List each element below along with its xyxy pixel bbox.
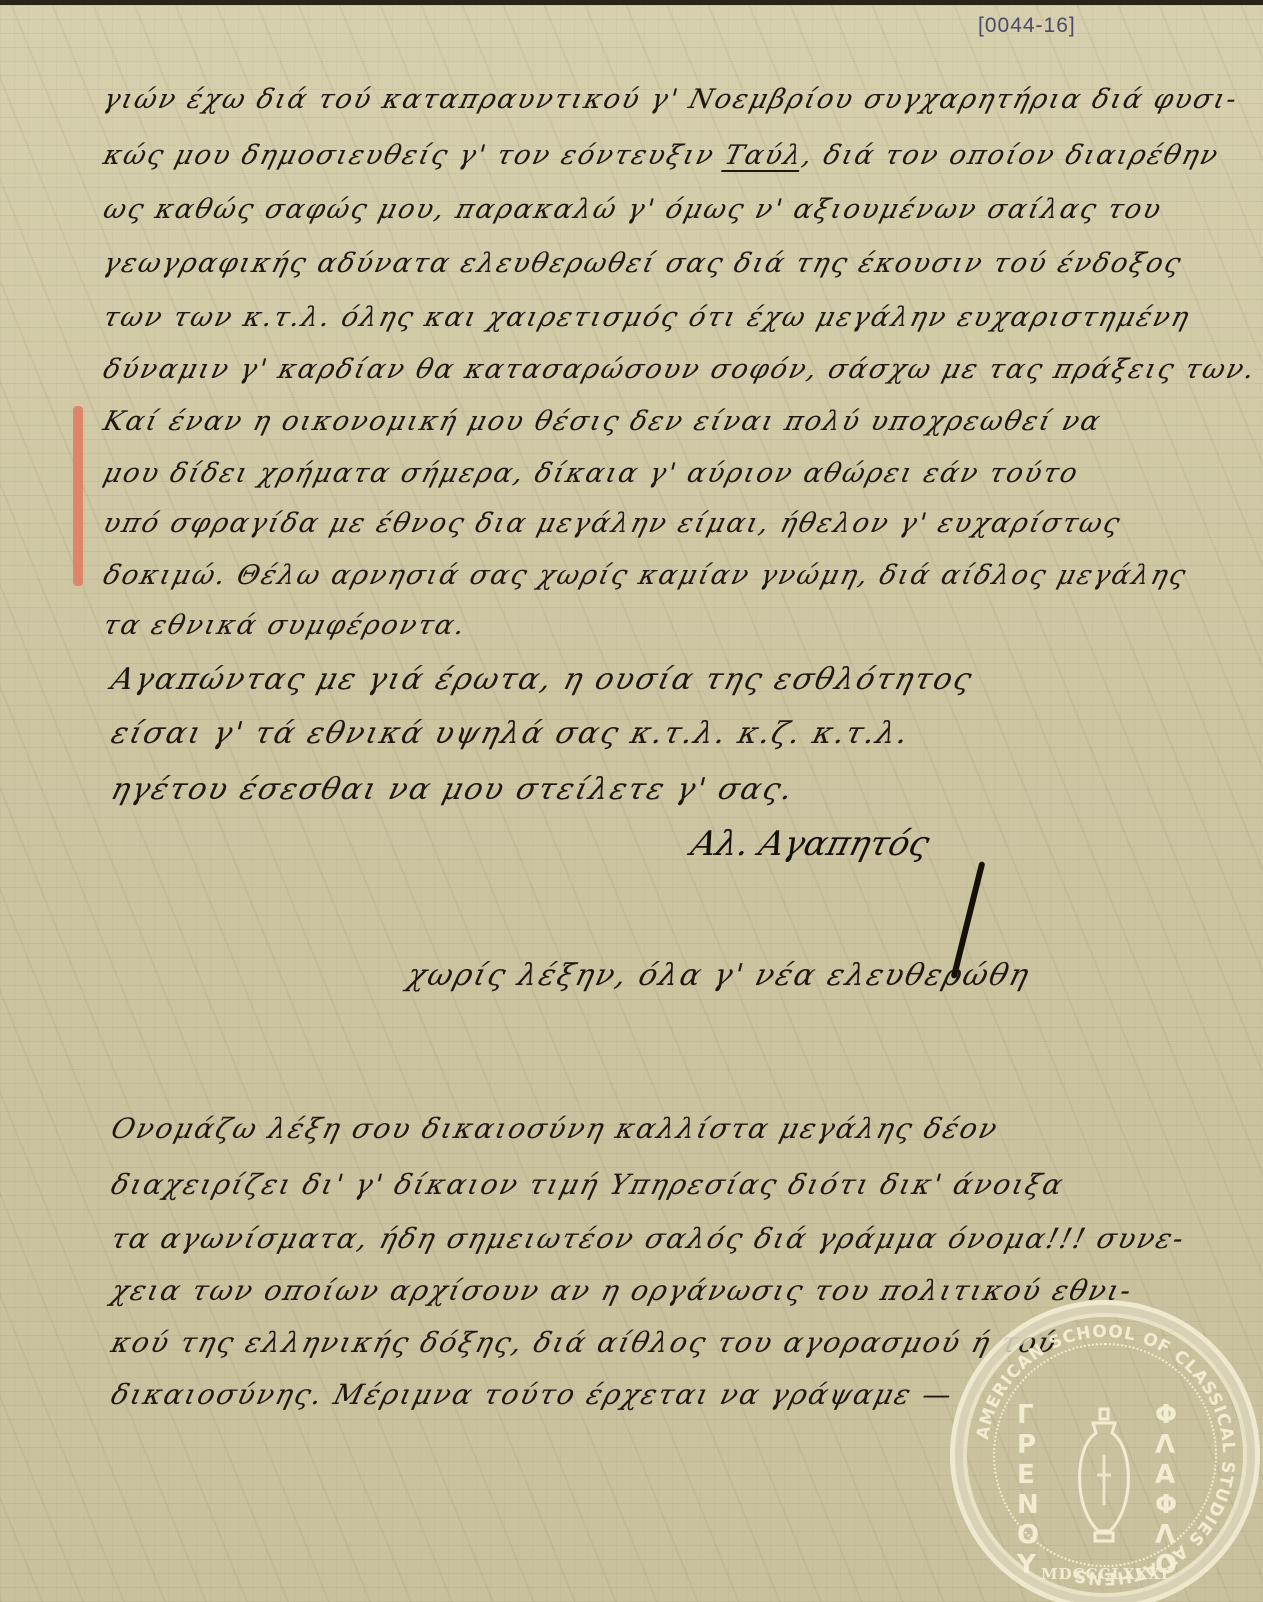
seal-year: MDCCCLXXXI (955, 1565, 1255, 1583)
institution-seal: AMERICAN SCHOOL OF CLASSICAL STUDIES AT … (950, 1300, 1260, 1602)
body-line-2-text: κώς μου δημοσιευθείς γ' τον εόντευξιν Τα… (100, 140, 1223, 171)
body-line-6: δύναμιν γ' καρδίαν θα κατασαρώσουν σοφόν… (100, 354, 1259, 385)
manuscript-page: [0044-16] γιών έχω διά τού καταπραυντικο… (0, 0, 1263, 1602)
body-line-9: υπό σφραγίδα με έθνος δια μεγάλην είμαι,… (100, 508, 1125, 539)
closing-line-3: ηγέτου έσεσθαι να μου στείλετε γ' σας. (108, 772, 798, 807)
body-line-8: μου δίδει χρήματα σήμερα, δίκαια γ' αύρι… (100, 458, 1082, 489)
body-line-2: κώς μου δημοσιευθείς γ' τον εόντευξιν Τα… (100, 140, 1223, 171)
amphora-icon (1073, 1405, 1135, 1545)
closing-line-2: είσαι γ' τά εθνικά υψηλά σας κ.τ.λ. κ.ζ.… (108, 716, 914, 751)
underlined-word: Ταύλ (721, 140, 807, 171)
postscript-line-5: κού της ελληνικής δόξης, διά αίθλος του … (108, 1326, 1061, 1359)
archive-reference: [0044-16] (978, 14, 1076, 38)
body-line-7: Καί έναν η οικονομική μου θέσις δεν είνα… (100, 406, 1105, 437)
postscript-line-3: τα αγωνίσματα, ήδη σημειωτέον σαλός διά … (108, 1222, 1189, 1255)
body-line-11: τα εθνικά συμφέροντα. (100, 610, 470, 641)
body-line-10: δοκιμώ. Θέλω αρνησιά σας χωρίς καμίαν γν… (100, 560, 1190, 591)
scan-top-edge (0, 0, 1263, 5)
body-line-4: γεωγραφικής αδύνατα ελευθερωθεί σας διά … (100, 248, 1186, 279)
signature-note: χωρίς λέξην, όλα γ' νέα ελευθερώθη (404, 958, 1034, 993)
red-margin-mark (73, 406, 83, 586)
body-line-5: των των κ.τ.λ. όλης και χαιρετισμός ότι … (100, 302, 1194, 333)
postscript-line-1: Ονομάζω λέξη σου δικαιοσύνη καλλίστα μεγ… (108, 1112, 1002, 1145)
seal-letters-right: Φ Λ Α Φ Λ Ο (1155, 1400, 1177, 1580)
postscript-line-6: δικαιοσύνης. Μέριμνα τούτο έρχεται να γρ… (108, 1378, 957, 1411)
body-line-1: γιών έχω διά τού καταπραυντικού γ' Νοεμβ… (100, 84, 1242, 115)
body-line-3: ως καθώς σαφώς μου, παρακαλώ γ' όμως ν' … (100, 194, 1166, 225)
postscript-line-2: διαχειρίζει δι' γ' δίκαιον τιμή Υπηρεσία… (108, 1168, 1068, 1201)
closing-line-1: Αγαπώντας με γιά έρωτα, η ουσία της εσθλ… (108, 662, 977, 697)
postscript-line-4: χεια των οποίων αρχίσουν αν η οργάνωσις … (108, 1274, 1137, 1307)
signature: Αλ. Αγαπητός (687, 824, 934, 864)
seal-letters-left: Γ Ρ Ε Ν Ο Υ (1017, 1400, 1039, 1580)
